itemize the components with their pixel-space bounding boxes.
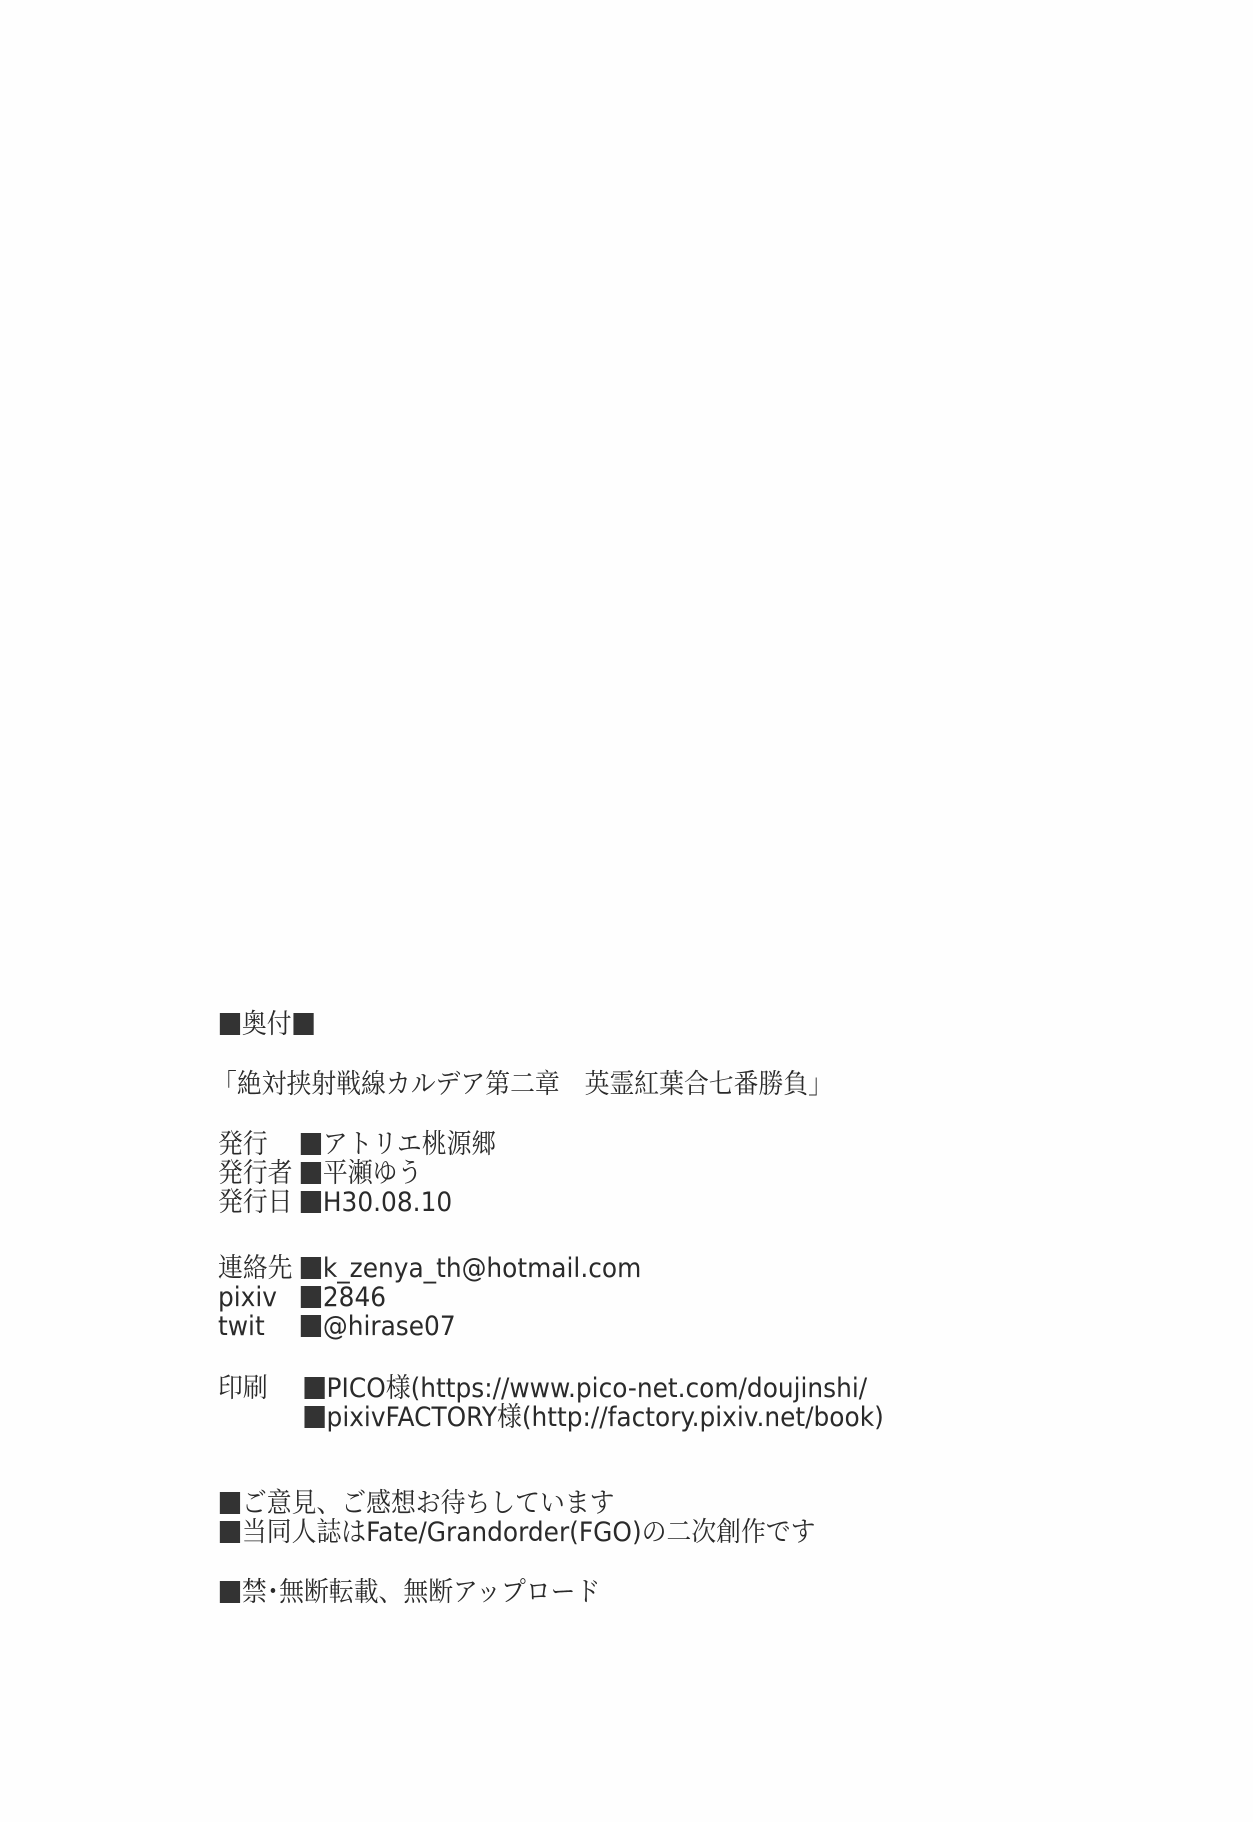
twitter-row: twit @hirase07 xyxy=(218,1312,641,1341)
bullet-square-icon xyxy=(220,1492,240,1514)
book-title: 「絶対挟射戦線カルデア第二章 英霊紅葉合七番勝負」 xyxy=(212,1070,887,1099)
prohibition-text: 禁･無断転載、無断アップロード xyxy=(242,1578,600,1607)
printer-row-1: 印刷 PICO様(https://www.pico-net.com/doujin… xyxy=(218,1374,884,1403)
twitter-label: twit xyxy=(218,1312,299,1341)
issuer-value: 平瀬ゆう xyxy=(323,1159,422,1188)
bullet-square-icon xyxy=(301,1191,321,1213)
bullet-square-icon xyxy=(304,1406,324,1428)
issue-date-value: H30.08.10 xyxy=(323,1188,452,1217)
contact-email: k_zenya_th@hotmail.com xyxy=(323,1254,641,1283)
bullet-square-icon xyxy=(301,1257,321,1279)
bullet-square-icon xyxy=(301,1315,321,1337)
issuer-row: 発行者 平瀬ゆう xyxy=(218,1159,496,1188)
prohibition-notice: 禁･無断転載、無断アップロード xyxy=(218,1578,634,1607)
publisher-value: アトリエ桃源郷 xyxy=(323,1130,496,1159)
contact-email-row: 連絡先 k_zenya_th@hotmail.com xyxy=(218,1254,641,1283)
printing-label: 印刷 xyxy=(218,1374,303,1403)
feedback-note: ご意見、ご感想お待ちしています xyxy=(218,1489,816,1518)
bullet-square-icon xyxy=(301,1286,321,1308)
issuer-label: 発行者 xyxy=(218,1159,299,1188)
pixiv-row: pixiv 2846 xyxy=(218,1283,641,1312)
bullet-square-icon xyxy=(220,1581,240,1603)
publication-info: 発行 アトリエ桃源郷 発行者 平瀬ゆう 発行日 H30.08.10 xyxy=(218,1130,520,1217)
bullet-square-icon xyxy=(301,1133,321,1155)
book-title-text: 「絶対挟射戦線カルデア第二章 英霊紅葉合七番勝負」 xyxy=(212,1070,833,1099)
pixiv-label: pixiv xyxy=(218,1283,299,1312)
contact-label: 連絡先 xyxy=(218,1254,299,1283)
printer-row-2: pixivFACTORY様(http://factory.pixiv.net/b… xyxy=(218,1403,884,1432)
feedback-text: ご意見、ご感想お待ちしています xyxy=(242,1489,615,1518)
bullet-square-icon xyxy=(220,1013,240,1035)
printing-info: 印刷 PICO様(https://www.pico-net.com/doujin… xyxy=(218,1374,942,1432)
twitter-handle: @hirase07 xyxy=(323,1312,456,1341)
bullet-square-icon xyxy=(293,1013,313,1035)
derivative-text: 当同人誌はFate/Grandorder(FGO)の二次創作です xyxy=(242,1518,816,1547)
colophon-heading: 奥付 xyxy=(218,1010,324,1039)
issue-date-row: 発行日 H30.08.10 xyxy=(218,1188,496,1217)
colophon-page: 奥付 「絶対挟射戦線カルデア第二章 英霊紅葉合七番勝負」 発行 アトリエ桃源郷 … xyxy=(0,0,1253,1822)
printer-pico: PICO様(https://www.pico-net.com/doujinshi… xyxy=(327,1374,868,1403)
contact-info: 連絡先 k_zenya_th@hotmail.com pixiv 2846 tw… xyxy=(218,1254,678,1341)
derivative-note: 当同人誌はFate/Grandorder(FGO)の二次創作です xyxy=(218,1518,816,1547)
heading-text: 奥付 xyxy=(242,1010,292,1039)
issue-date-label: 発行日 xyxy=(218,1188,299,1217)
publisher-label: 発行 xyxy=(218,1130,299,1159)
printer-pixivfactory: pixivFACTORY様(http://factory.pixiv.net/b… xyxy=(327,1403,884,1432)
pixiv-id: 2846 xyxy=(323,1283,386,1312)
bullet-square-icon xyxy=(220,1521,240,1543)
bullet-square-icon xyxy=(301,1162,321,1184)
notes: ご意見、ご感想お待ちしています 当同人誌はFate/Grandorder(FGO… xyxy=(218,1489,867,1547)
publisher-row: 発行 アトリエ桃源郷 xyxy=(218,1130,496,1159)
bullet-square-icon xyxy=(304,1377,324,1399)
